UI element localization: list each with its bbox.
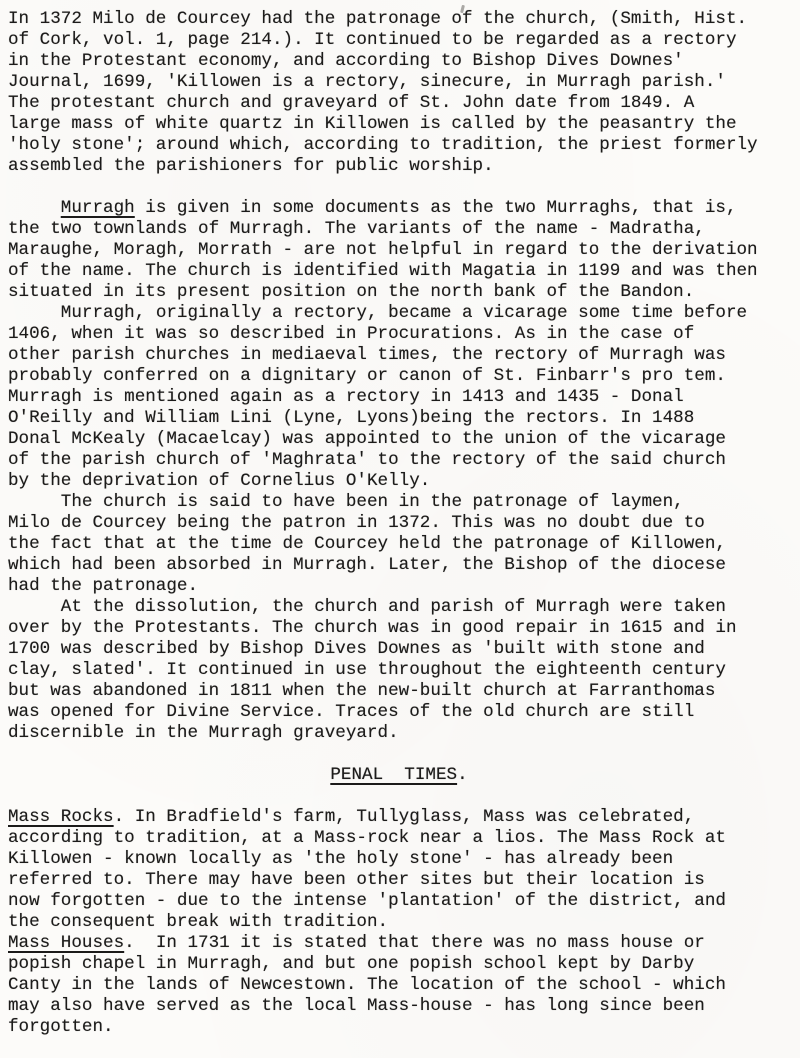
mass-rocks-underlined-term: Mass Rocks xyxy=(8,807,114,827)
paragraph-text: . In Bradfield's farm, Tullyglass, Mass … xyxy=(8,807,726,932)
penal-times-heading: PENAL TIMES. xyxy=(8,765,790,786)
document-page: In 1372 Milo de Courcey had the patronag… xyxy=(8,9,790,1058)
first-line-indent xyxy=(8,198,61,218)
paragraph-murragh-name-variants: Murragh is given in some documents as th… xyxy=(8,198,790,303)
paragraph-text: Murragh, originally a rectory, became a … xyxy=(8,303,747,491)
mass-houses-underlined-term: Mass Houses xyxy=(8,933,124,953)
paragraph-dissolution: At the dissolution, the church and paris… xyxy=(8,597,790,744)
paragraph-lay-patronage: The church is said to have been in the p… xyxy=(8,492,790,597)
paragraph-text: In 1372 Milo de Courcey had the patronag… xyxy=(8,9,758,176)
murragh-underlined-term: Murragh xyxy=(61,198,135,218)
paragraph-murragh-rectory-history: Murragh, originally a rectory, became a … xyxy=(8,303,790,492)
heading-period: . xyxy=(457,765,468,785)
paragraph-text: The church is said to have been in the p… xyxy=(8,492,726,596)
paragraph-text: At the dissolution, the church and paris… xyxy=(8,597,737,743)
heading-underlined-text: PENAL TIMES xyxy=(330,765,457,785)
paragraph-mass-rocks: Mass Rocks. In Bradfield's farm, Tullygl… xyxy=(8,807,790,933)
paragraph-killowen-patronage: In 1372 Milo de Courcey had the patronag… xyxy=(8,9,790,177)
paragraph-mass-houses: Mass Houses. In 1731 it is stated that t… xyxy=(8,933,790,1038)
